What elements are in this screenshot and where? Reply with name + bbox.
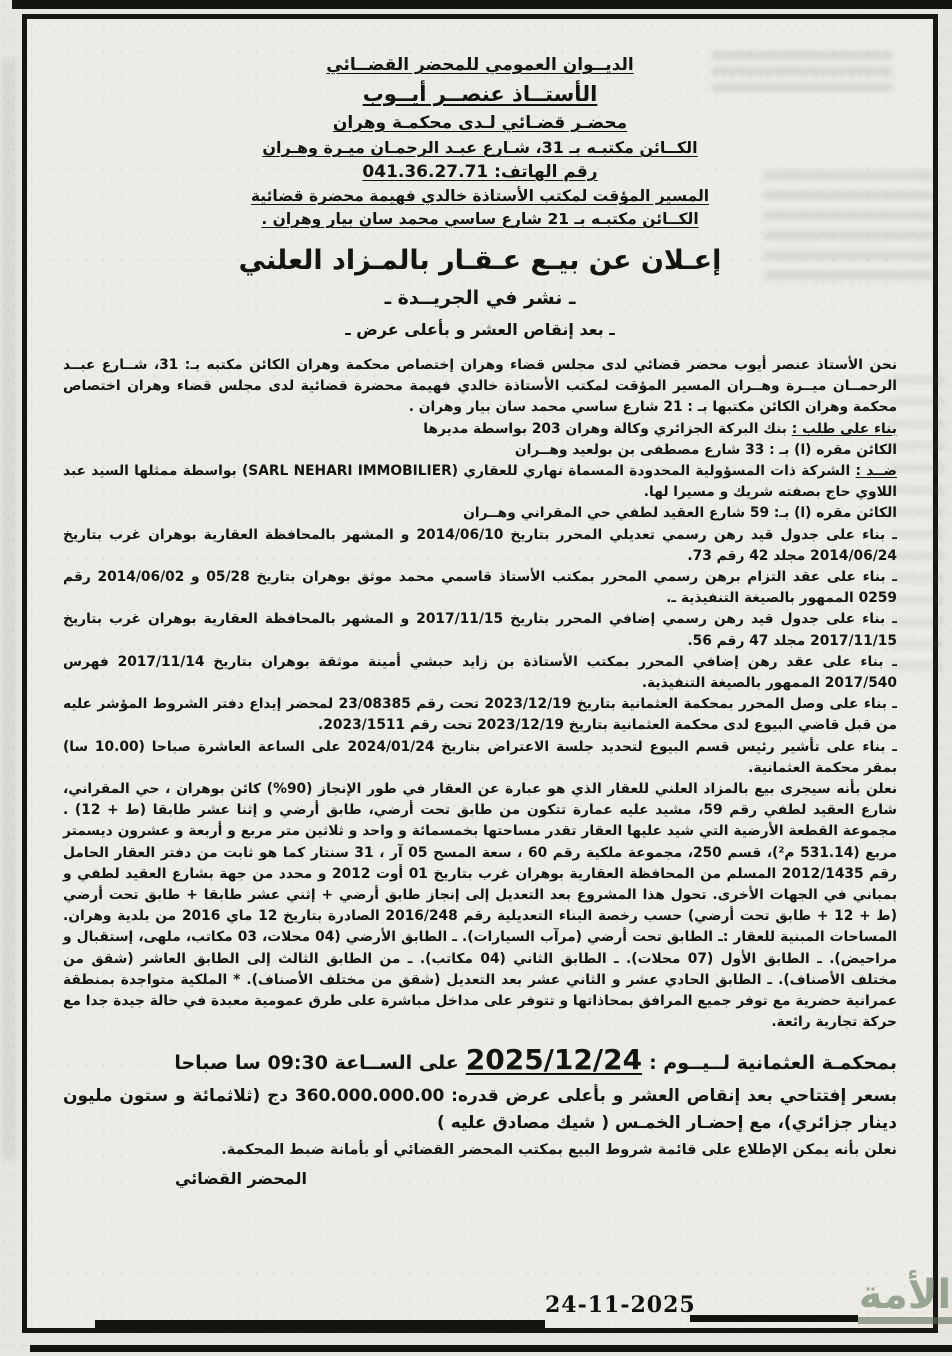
request-label: بناء على طلب : — [792, 421, 897, 437]
announcement-title: إعـلان عن بيـع عـقـار بالمـزاد العلني — [63, 245, 897, 276]
basis-item-6: ـ بناء على تأشير رئيس قسم البيوع لتحديد … — [63, 737, 897, 779]
bailiff-role: محضـر قضـائي لـدى محكمـة وهران — [63, 113, 897, 133]
auction-time: على الســاعة 09:30 سا صباحا — [174, 1052, 458, 1074]
auction-court-label: بمحكمـة العثمانية لــيــوم : — [649, 1052, 897, 1074]
notice-content: الديــوان العمومي للمحضر القضــائي الأست… — [27, 19, 933, 1328]
basis-item-3: ـ بناء على جدول قيد رهن رسمي إضافي المحر… — [63, 609, 897, 651]
request-text: بنك البركة الجزائري وكالة وهران 203 بواس… — [423, 421, 787, 437]
basis-item-1: ـ بناء على جدول قيد رهن رسمي تعديلي المح… — [63, 525, 897, 567]
newspaper-logo: الأمة — [852, 1274, 952, 1324]
interim-office-address: الكــائن مكتبـه بـ 21 شارع ساسي محمد سان… — [63, 210, 897, 228]
defendant-address: الكائن مقره (ا) بـ: 59 شارع العقيد لطفي … — [63, 503, 897, 524]
opening-price-line: بسعر إفتتاحي بعد إنقاص العشر و بأعلى عرض… — [63, 1083, 897, 1137]
office-title: الديــوان العمومي للمحضر القضــائي — [63, 55, 897, 75]
office-address: الكــائن مكتبـه بـ 31، شـارع عبـد الرحمـ… — [63, 138, 897, 157]
notice-body: نحن الأستاذ عنصر أيوب محضر قضائي لدى مجل… — [63, 355, 897, 1034]
announcement-subtitle-published: ـ نشر في الجريــدة ـ — [63, 287, 897, 309]
against-paragraph: ضــد : الشركة ذات المسؤولية المحدودة الم… — [63, 461, 897, 503]
terms-consultation-note: نعلن بأنه يمكن الإطلاع على قائمة شروط ال… — [63, 1142, 897, 1158]
newspaper-logo-tagline-bar — [858, 1317, 952, 1324]
intro-paragraph: نحن الأستاذ عنصر أيوب محضر قضائي لدى مجل… — [63, 355, 897, 419]
against-text: الشركة ذات المسؤولية المحدودة المسماة نه… — [63, 463, 897, 500]
notice-frame: الديــوان العمومي للمحضر القضــائي الأست… — [22, 14, 938, 1333]
announcement-subtitle-terms: ـ بعد إنقاص العشر و بأعلى عرض ـ — [63, 320, 897, 339]
scan-bottom-rule — [30, 1345, 952, 1352]
phone-line: رقم الهاتف: 041.36.27.71 — [63, 162, 897, 182]
newspaper-logo-text: الأمة — [852, 1274, 952, 1316]
bailiff-name: الأستــاذ عنصــر أيــوب — [63, 82, 897, 106]
publication-date: 24-11-2025 — [545, 1292, 696, 1318]
basis-item-5: ـ بناء على وصل المحرر بمحكمة العثمانية ب… — [63, 694, 897, 736]
basis-item-2: ـ بناء على عقد التزام برهن رسمي المحرر ب… — [63, 567, 897, 609]
interim-manager-line: المسير المؤقت لمكتب الأستاذة خالدي فهيمة… — [63, 187, 897, 205]
auction-session-line: بمحكمـة العثمانية لــيــوم :2025/12/24عل… — [63, 1043, 897, 1076]
requester-address: الكائن مقره (ا) بـ : 33 شارع مصطفى بن بو… — [63, 440, 897, 461]
basis-item-4: ـ بناء على عقد رهن إضافي المحرر بمكتب ال… — [63, 652, 897, 694]
signature-title: المحضر القضائي — [63, 1169, 897, 1188]
scan-artifact — [2, 60, 16, 1160]
request-paragraph: بناء على طلب : بنك البركة الجزائري وكالة… — [63, 419, 897, 440]
footer-rule-segment — [690, 1315, 858, 1322]
against-label: ضــد : — [855, 463, 897, 479]
property-description: نعلن بأنه سيجرى بيع بالمزاد العلني للعقا… — [63, 779, 897, 1033]
scanned-auction-notice-page: الديــوان العمومي للمحضر القضــائي الأست… — [0, 0, 952, 1356]
auction-date: 2025/12/24 — [459, 1043, 649, 1076]
scan-top-bar — [12, 0, 952, 9]
footer-rule-segment — [95, 1320, 545, 1329]
office-header: الديــوان العمومي للمحضر القضــائي الأست… — [63, 55, 897, 228]
